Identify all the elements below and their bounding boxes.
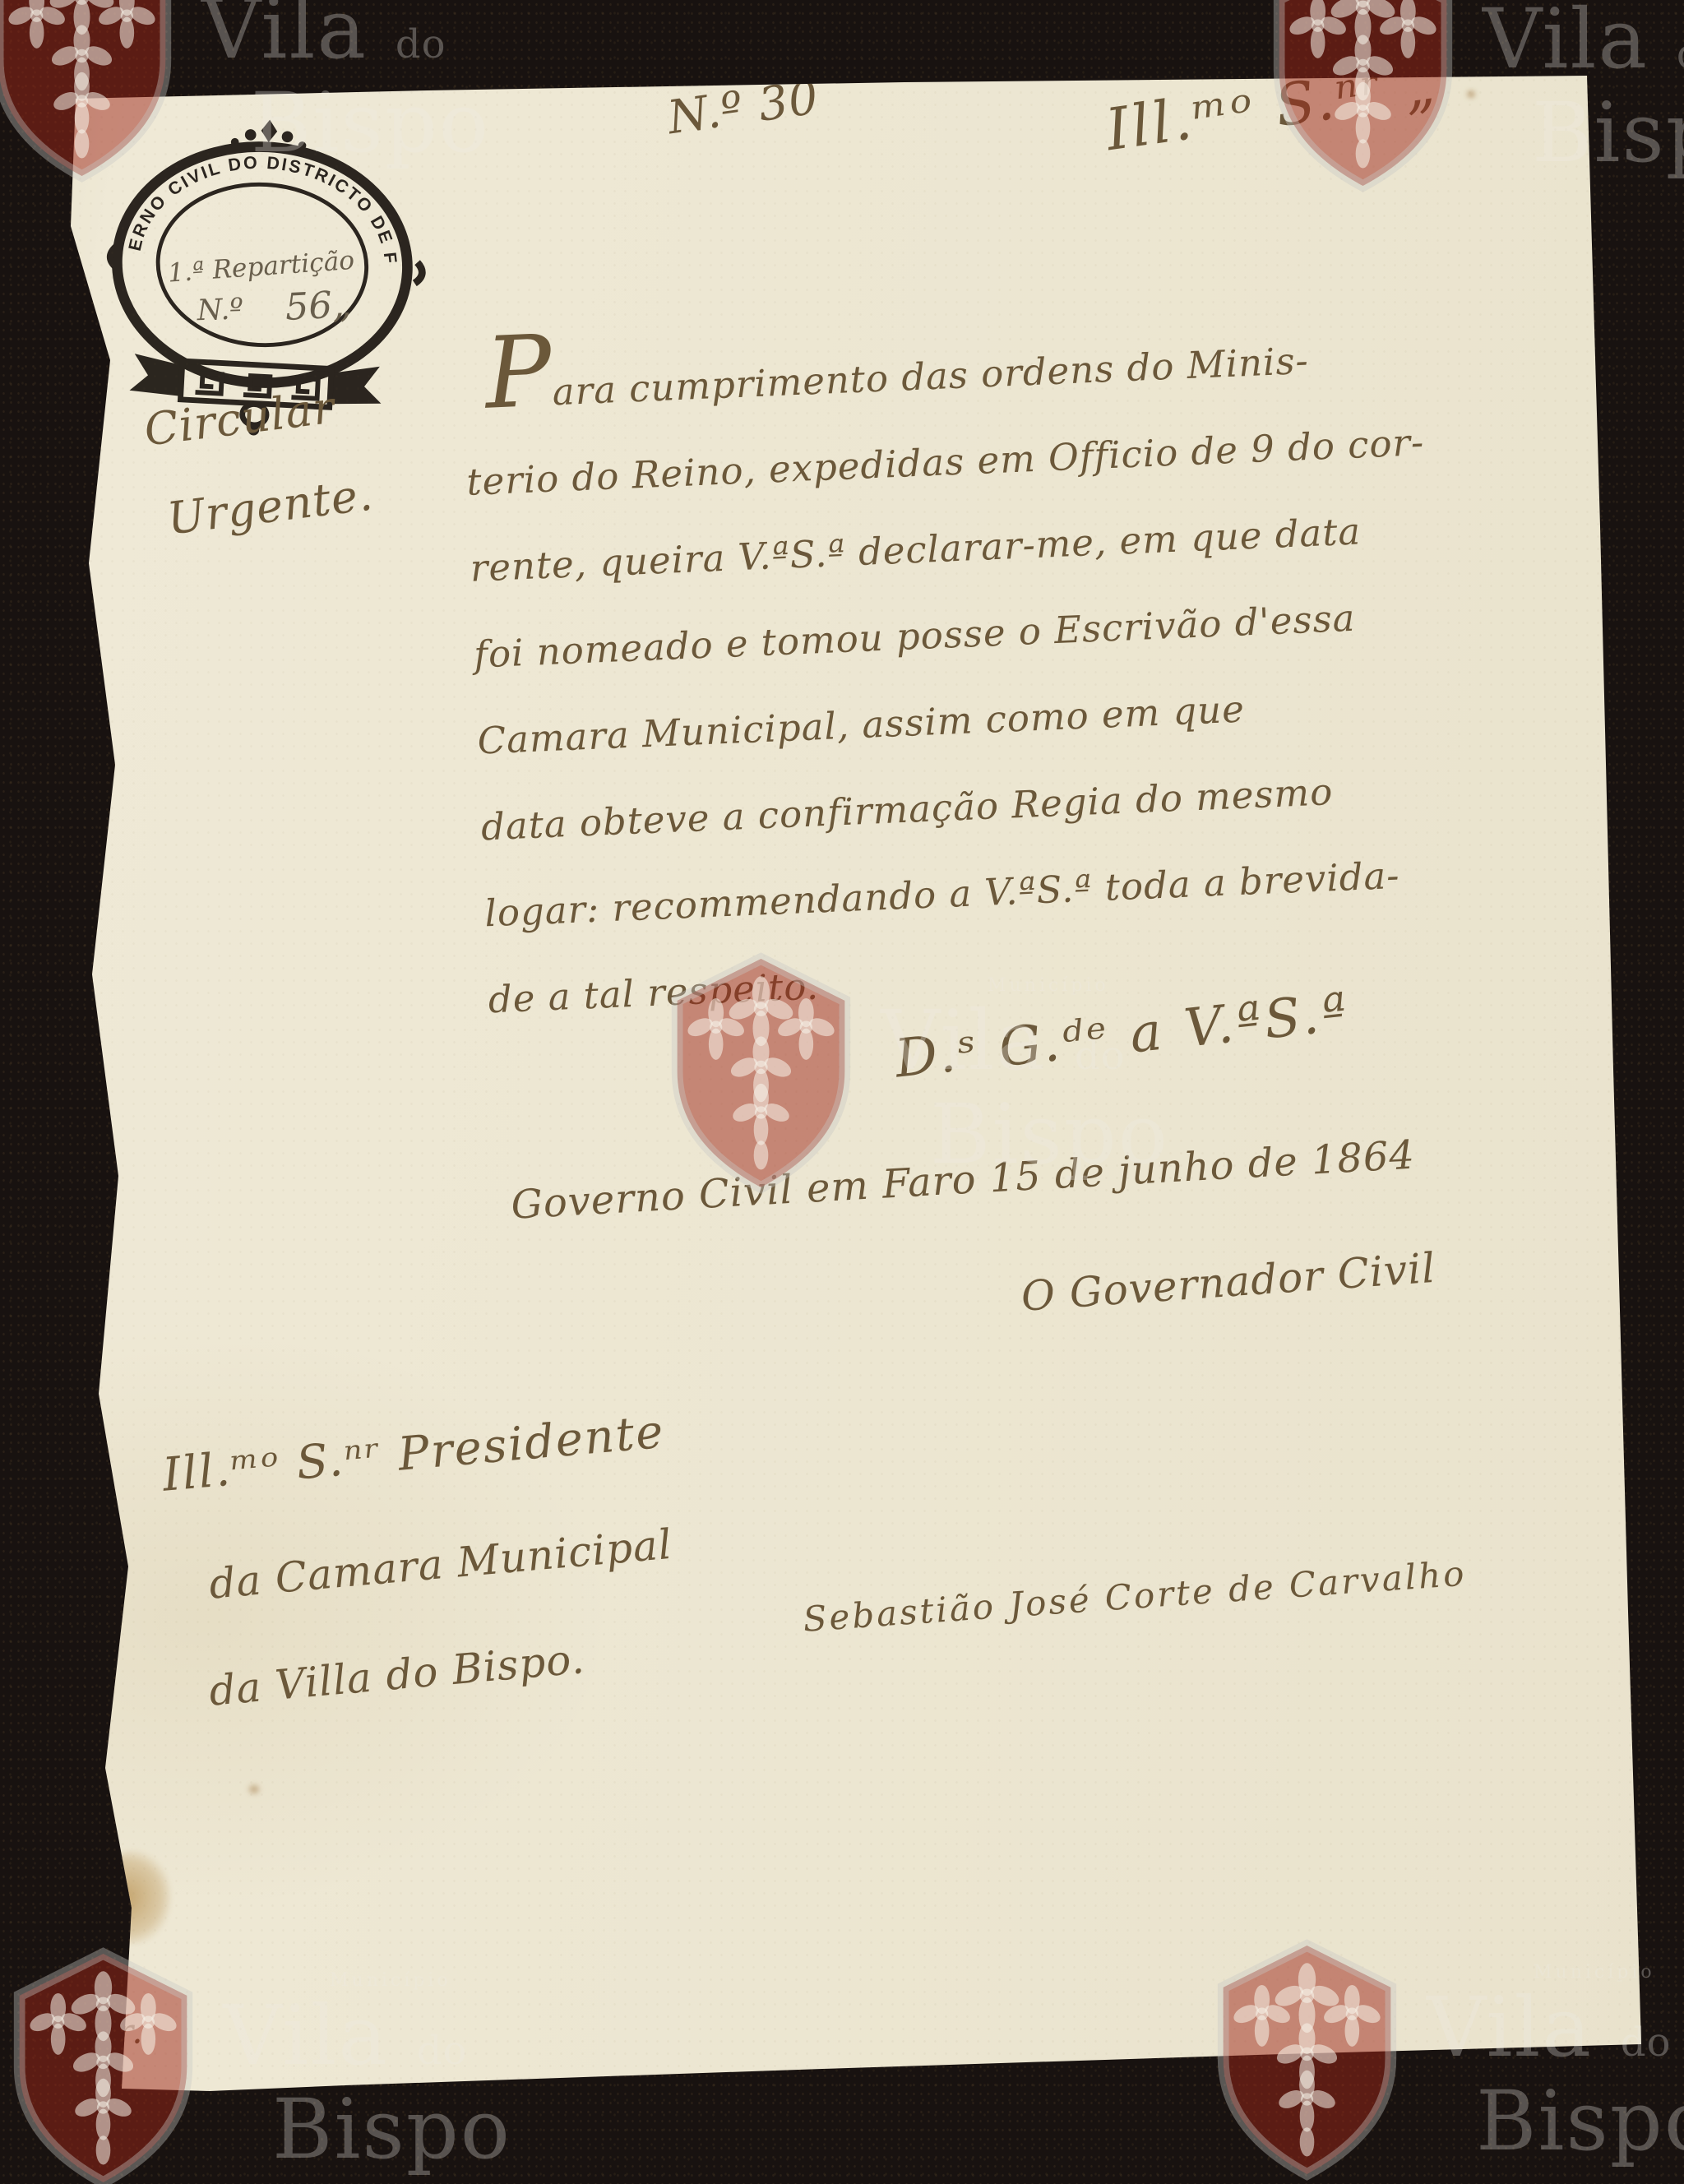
addressee-line-2: da Camara Municipal bbox=[207, 1520, 674, 1608]
place-dateline: Governo Civil em Faro 15 de junho de 186… bbox=[510, 1132, 1416, 1228]
footnote-ink-mark: r. bbox=[115, 2010, 145, 2053]
salutation: Ill.ᵐᵒ S.ⁿʳ „ bbox=[1102, 51, 1441, 164]
addressee-line-3: da Villa do Bispo. bbox=[207, 1635, 586, 1715]
body-line-8: de a tal respeito. bbox=[488, 929, 1658, 1064]
stamp-arc-text: GOVERNO CIVIL DO DISTRICTO DE FARO bbox=[90, 100, 409, 266]
margin-note-circular: Circular bbox=[141, 382, 338, 456]
foxing-dot bbox=[1465, 89, 1477, 99]
stamp-ornate-frame: GOVERNO CIVIL DO DISTRICTO DE FARO 1.ª R… bbox=[89, 100, 442, 447]
body-line-1: Para cumprimento das ordens do Minis- bbox=[462, 326, 1632, 460]
letter-body: Para cumprimento das ordens do Minis- te… bbox=[462, 326, 1658, 1065]
svg-text:GOVERNO CIVIL DO DISTRICTO DE: GOVERNO CIVIL DO DISTRICTO DE FARO bbox=[90, 100, 409, 266]
body-line-6: data obteve a confirmação Regia do mesmo bbox=[480, 757, 1650, 891]
stamp-repartition-entry: 1.ª Repartição bbox=[167, 246, 355, 289]
document-number: N.º 30 bbox=[664, 71, 822, 145]
body-line-3: rente, queira V.ªS.ª declarar-me, em que… bbox=[470, 497, 1640, 632]
stamp-crown-ornament bbox=[231, 118, 308, 150]
stamp-number-label: N.º bbox=[196, 292, 244, 327]
margin-note-urgente: Urgente. bbox=[164, 468, 376, 544]
governor-signature: Sebastião José Corte de Carvalho bbox=[802, 1553, 1468, 1640]
body-line-5: Camara Municipal, assim como em que bbox=[477, 670, 1647, 805]
body-line-2: terio do Reino, expedidas em Officio de … bbox=[465, 411, 1635, 546]
foxing-dot bbox=[247, 1783, 261, 1796]
addressee-line-1: Ill.ᵐᵒ S.ⁿʳ Presidente bbox=[160, 1405, 667, 1502]
stamp-greek-key-ribbon bbox=[127, 354, 383, 442]
photographed-document-page: { "colors":{ "bg":"#181210","paper":"#ec… bbox=[0, 0, 1684, 2184]
body-line-4: foi nomeado e tomou posse o Escrivão d'e… bbox=[473, 584, 1643, 719]
stamp-side-flourishes bbox=[110, 247, 423, 284]
body-line-7: logar: recommendando a V.ªS.ª toda a bre… bbox=[483, 843, 1654, 978]
government-stamp: GOVERNO CIVIL DO DISTRICTO DE FARO 1.ª R… bbox=[89, 100, 443, 455]
paper-stain bbox=[97, 1850, 171, 1945]
letter-paper-sheet: GOVERNO CIVIL DO DISTRICTO DE FARO 1.ª R… bbox=[0, 0, 1684, 2184]
stamp-number-value: 56„ bbox=[284, 282, 352, 329]
signer-title: O Governador Civil bbox=[1020, 1244, 1437, 1321]
valediction: D.ˢ G.ᵈᵉ a V.ªS.ª bbox=[892, 982, 1353, 1090]
